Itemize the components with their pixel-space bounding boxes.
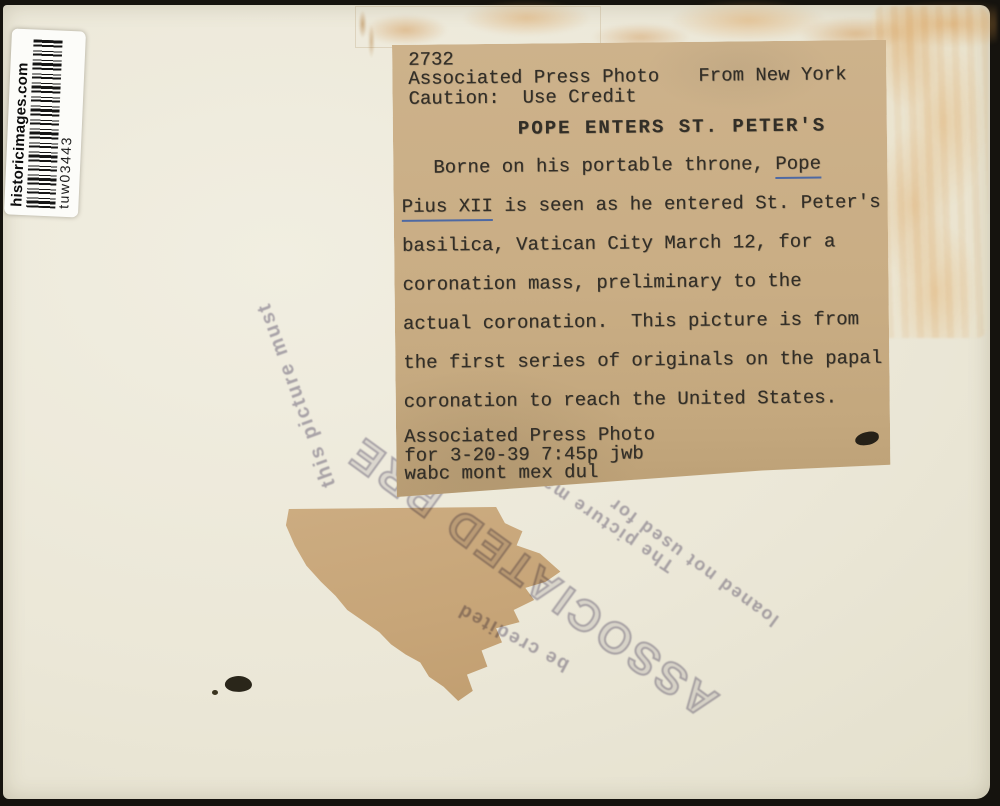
stain-drip-mark bbox=[356, 8, 378, 62]
body-line-7: coronation to reach the United States. bbox=[404, 386, 837, 413]
credit-line-3: wabc mont mex dul bbox=[404, 463, 598, 484]
body-line-5: actual coronation. This picture is from bbox=[403, 308, 859, 335]
body-line-1-text: Borne on his portable throne, bbox=[433, 153, 775, 179]
inventory-sticker-face: historicimages.com tuw03443 bbox=[4, 28, 86, 217]
underlined-pius-xii: Pius XII bbox=[402, 195, 493, 222]
body-line-1: Borne on his portable throne, Pope bbox=[401, 153, 821, 179]
body-line-4: coronation mass, preliminary to the bbox=[402, 270, 801, 296]
caption-label: 2732 Associated Press Photo From New Yor… bbox=[392, 40, 891, 497]
underlined-pope: Pope bbox=[775, 153, 821, 179]
origin-line: From New York bbox=[698, 63, 846, 87]
ink-speck-bottom-left bbox=[212, 690, 218, 695]
inventory-sticker: historicimages.com tuw03443 bbox=[4, 28, 88, 217]
body-line-6: the first series of originals on the pap… bbox=[403, 347, 882, 374]
body-line-3: basilica, Vatican City March 12, for a bbox=[402, 230, 835, 257]
tape-outline-mark bbox=[355, 6, 601, 48]
headline: POPE ENTERS ST. PETER'S bbox=[518, 114, 826, 139]
glue-stain-right bbox=[872, 6, 988, 338]
body-line-2-text: is seen as he entered St. Peter's bbox=[493, 191, 881, 217]
caution-line: Caution: Use Credit bbox=[408, 85, 636, 109]
photo-back-scan: { "sticker": { "site": "historicimages.c… bbox=[0, 0, 1000, 806]
body-line-2: Pius XII is seen as he entered St. Peter… bbox=[402, 191, 881, 218]
